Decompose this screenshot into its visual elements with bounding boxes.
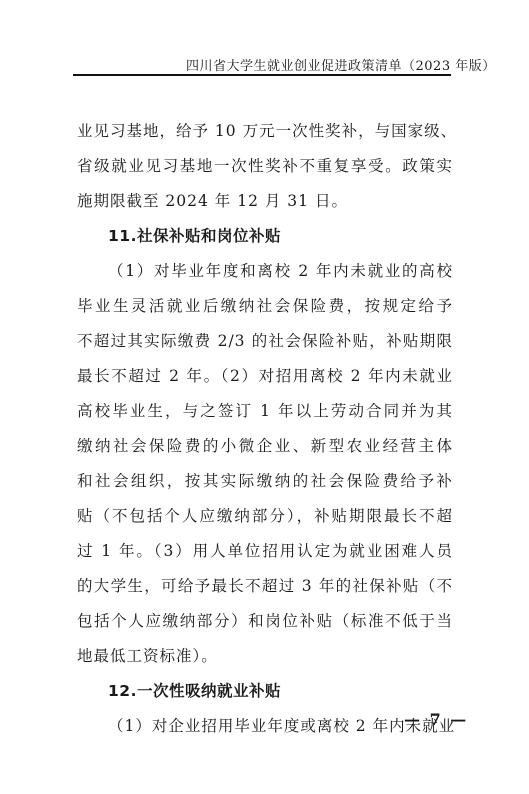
paragraph-line: 的大学生，可给予最长不超过 3 年的社保补贴（不 <box>77 569 453 604</box>
paragraph-line: （1）对毕业年度和离校 2 年内未就业的高校 <box>77 254 453 289</box>
page-number: — 7 — <box>404 710 468 729</box>
document-body: 业见习基地，给予 10 万元一次性奖补，与国家级、 省级就业见习基地一次性奖补不… <box>77 114 453 744</box>
paragraph-line: 和社会组织，按其实际缴纳的社会保险费给予补 <box>77 464 453 499</box>
paragraph-line: 包括个人应缴纳部分）和岗位补贴（标准不低于当 <box>77 604 453 639</box>
paragraph-line: 毕业生灵活就业后缴纳社会保险费，按规定给予 <box>77 289 453 324</box>
paragraph-line: 不超过其实际缴费 2/3 的社会保险补贴，补贴期限 <box>77 324 453 359</box>
paragraph-line: 贴（不包括个人应缴纳部分），补贴期限最长不超 <box>77 499 453 534</box>
paragraph-line: 省级就业见习基地一次性奖补不重复享受。政策实 <box>77 149 453 184</box>
paragraph-line: （1）对企业招用毕业年度或离校 2 年内未就业 <box>77 709 453 744</box>
section-heading-11: 11.社保补贴和岗位补贴 <box>77 219 453 254</box>
paragraph-line: 地最低工资标准）。 <box>77 639 453 674</box>
paragraph-line: 缴纳社会保险费的小微企业、新型农业经营主体 <box>77 429 453 464</box>
paragraph-line: 业见习基地，给予 10 万元一次性奖补，与国家级、 <box>77 114 453 149</box>
paragraph-line: 高校毕业生，与之签订 1 年以上劳动合同并为其 <box>77 394 453 429</box>
paragraph-line: 施期限截至 2024 年 12 月 31 日。 <box>77 184 453 219</box>
header-rule <box>73 74 451 76</box>
paragraph-line: 最长不超过 2 年。（2）对招用离校 2 年内未就业 <box>77 359 453 394</box>
paragraph-line: 过 1 年。（3）用人单位招用认定为就业困难人员 <box>77 534 453 569</box>
section-heading-12: 12.一次性吸纳就业补贴 <box>77 674 453 709</box>
document-title: 四川省大学生就业创业促进政策清单（2023 年版） <box>186 55 452 74</box>
